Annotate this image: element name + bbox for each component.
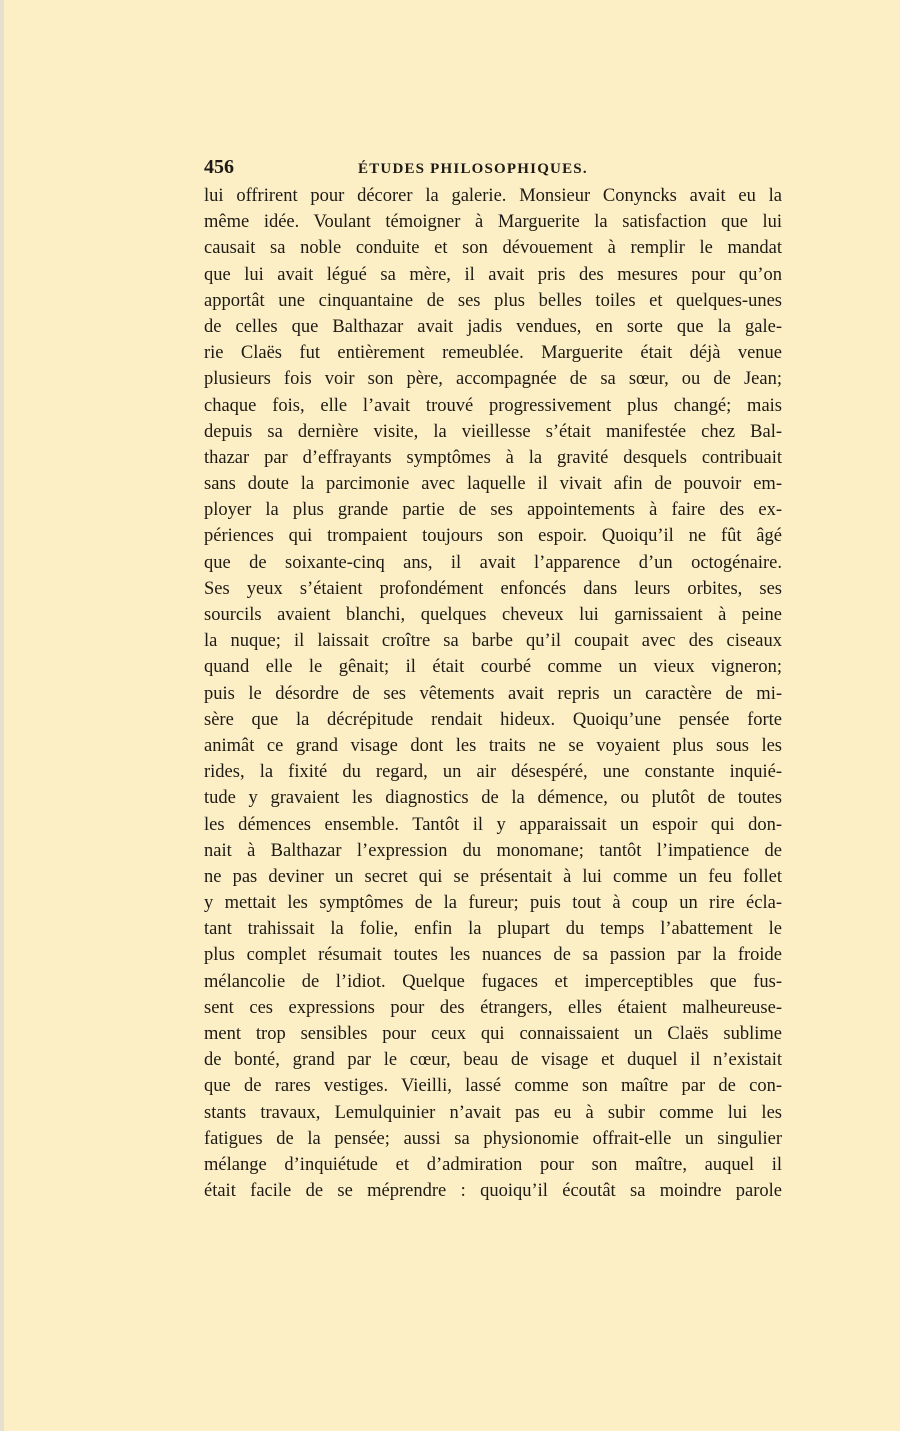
text-line: animât ce grand visage dont les traits n… xyxy=(204,733,782,759)
text-line: mélange d’inquiétude et d’admiration pou… xyxy=(204,1152,782,1178)
text-line: mélancolie de l’idiot. Quelque fugaces e… xyxy=(204,969,782,995)
text-line: Ses yeux s’étaient profondément enfoncés… xyxy=(204,576,782,602)
text-line: les démences ensemble. Tantôt il y appar… xyxy=(204,812,782,838)
text-line: fatigues de la pensée; aussi sa physiono… xyxy=(204,1126,782,1152)
text-line: y mettait les symptômes de la fureur; pu… xyxy=(204,890,782,916)
text-line: rie Claës fut entièrement remeublée. Mar… xyxy=(204,340,782,366)
text-line: chaque fois, elle l’avait trouvé progres… xyxy=(204,393,782,419)
text-line: de celles que Balthazar avait jadis vend… xyxy=(204,314,782,340)
text-line: périences qui trompaient toujours son es… xyxy=(204,523,782,549)
text-line: plusieurs fois voir son père, accompagné… xyxy=(204,366,782,392)
text-line: ployer la plus grande partie de ses appo… xyxy=(204,497,782,523)
text-line: tude y gravaient les diagnostics de la d… xyxy=(204,785,782,811)
text-line: de bonté, grand par le cœur, beau de vis… xyxy=(204,1047,782,1073)
text-line: rides, la fixité du regard, un air déses… xyxy=(204,759,782,785)
text-line: apportât une cinquantaine de ses plus be… xyxy=(204,288,782,314)
page-edge xyxy=(0,0,4,1431)
running-head: ÉTUDES PHILOSOPHIQUES. xyxy=(358,161,588,178)
text-line: même idée. Voulant témoigner à Marguerit… xyxy=(204,209,782,235)
text-line: que de soixante-cinq ans, il avait l’app… xyxy=(204,550,782,576)
text-line: était facile de se méprendre : quoiqu’il… xyxy=(204,1178,782,1204)
text-line: depuis sa dernière visite, la vieillesse… xyxy=(204,419,782,445)
text-line: sourcils avaient blanchi, quelques cheve… xyxy=(204,602,782,628)
text-line: sère que la décrépitude rendait hideux. … xyxy=(204,707,782,733)
text-line: nait à Balthazar l’expression du monoman… xyxy=(204,838,782,864)
text-line: causait sa noble conduite et son dévouem… xyxy=(204,235,782,261)
text-line: quand elle le gênait; il était courbé co… xyxy=(204,654,782,680)
text-line: que de rares vestiges. Vieilli, lassé co… xyxy=(204,1073,782,1099)
text-line: ment trop sensibles pour ceux qui connai… xyxy=(204,1021,782,1047)
text-line: tant trahissait la folie, enfin la plupa… xyxy=(204,916,782,942)
text-line: sent ces expressions pour des étrangers,… xyxy=(204,995,782,1021)
text-line: la nuque; il laissait croître sa barbe q… xyxy=(204,628,782,654)
text-line: sans doute la parcimonie avec laquelle i… xyxy=(204,471,782,497)
text-line: que lui avait légué sa mère, il avait pr… xyxy=(204,262,782,288)
page-header: 456 ÉTUDES PHILOSOPHIQUES. xyxy=(204,156,782,180)
text-line: thazar par d’effrayants symptômes à la g… xyxy=(204,445,782,471)
page-number: 456 xyxy=(204,156,234,179)
text-line: stants travaux, Lemulquinier n’avait pas… xyxy=(204,1100,782,1126)
book-page: 456 ÉTUDES PHILOSOPHIQUES. lui offrirent… xyxy=(0,0,900,1431)
text-line: ne pas deviner un secret qui se présenta… xyxy=(204,864,782,890)
text-line: plus complet résumait toutes les nuances… xyxy=(204,942,782,968)
text-line: puis le désordre de ses vêtements avait … xyxy=(204,681,782,707)
body-text: lui offrirent pour décorer la galerie. M… xyxy=(204,183,782,1204)
text-line: lui offrirent pour décorer la galerie. M… xyxy=(204,183,782,209)
